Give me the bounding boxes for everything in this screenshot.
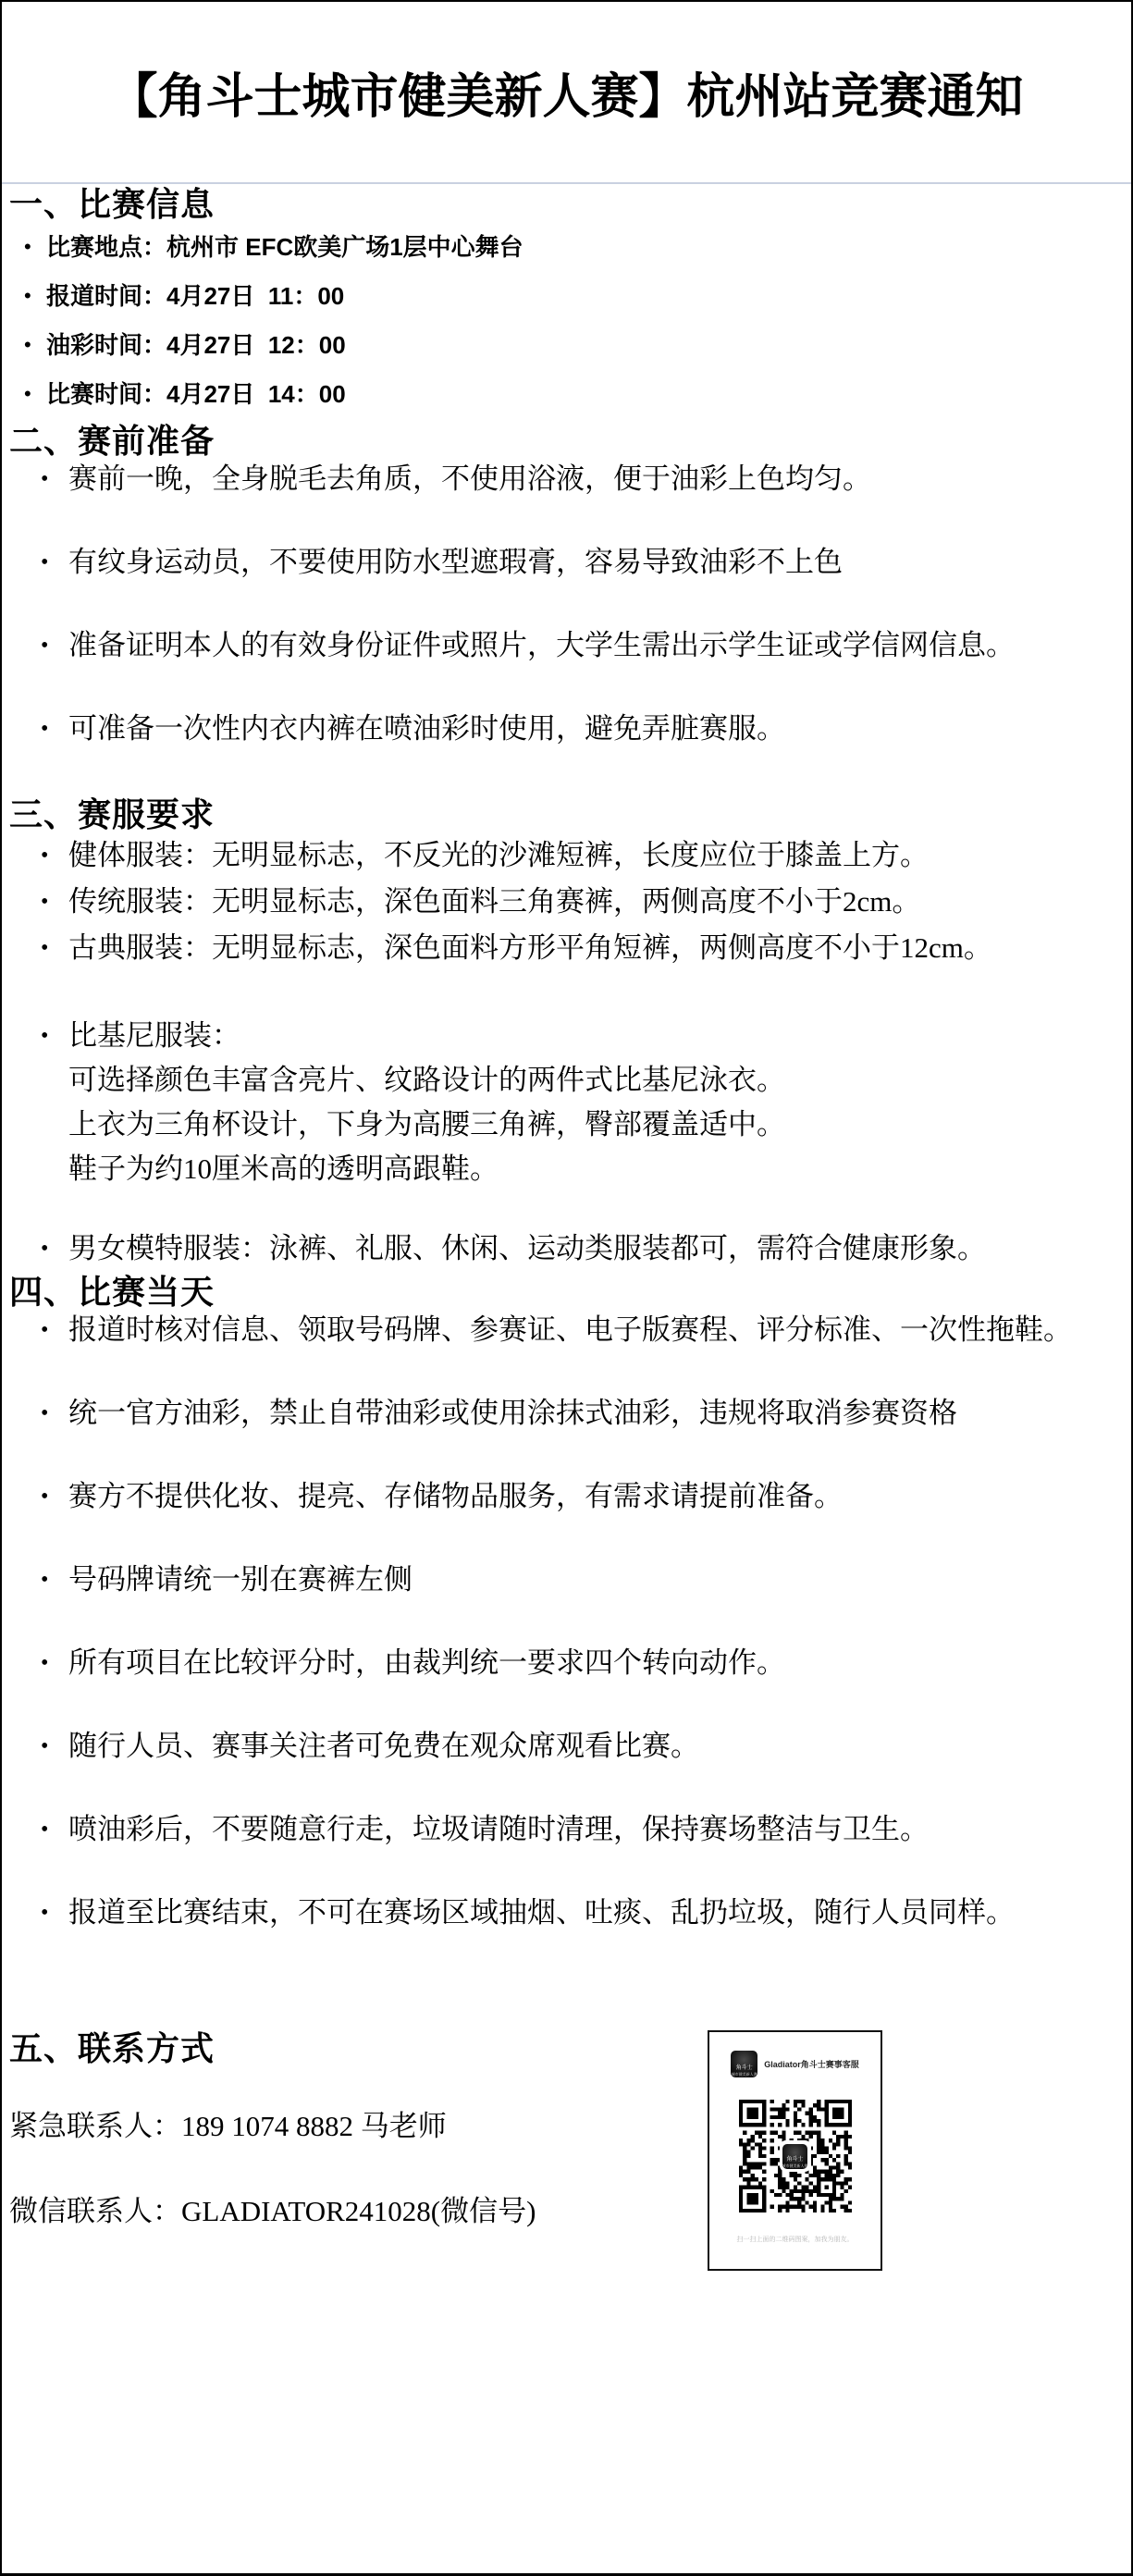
notice-item-text: 所有项目在比较评分时，由裁判统一要求四个转向动作。 — [68, 1646, 785, 1679]
bullet-dot: • — [41, 545, 48, 580]
notice-item: • 赛前一晚，全身脱毛去角质，不使用浴液，便于油彩上色均匀。 — [9, 462, 1118, 502]
bullet-dot: • — [41, 1562, 48, 1597]
section-info: 一、比赛信息 • 比赛地点：杭州市 EFC欧美广场1层中心舞台 • 报道时间：4… — [9, 184, 1118, 421]
notice-item-text: 赛方不提供化妆、提亮、存储物品服务，有需求请提前准备。 — [68, 1480, 843, 1512]
section-attire: 三、赛服要求 • 健体服装：无明显标志，不反光的沙滩短裤，长度应位于膝盖上方。 … — [9, 795, 1118, 1272]
wechat-contact-line: 微信联系人：GLADIATOR241028(微信号) — [9, 2193, 1118, 2230]
notice-item: • 赛方不提供化妆、提亮、存储物品服务，有需求请提前准备。 — [9, 1479, 1118, 1520]
notice-item: • 报道至比赛结束，不可在赛场区域抽烟、吐痰、乱扔垃圾，随行人员同样。 — [9, 1895, 1118, 1936]
section-prep-heading: 二、赛前准备 — [9, 421, 1118, 462]
notice-item: • 报道时间：4月27日 11：00 — [9, 274, 1118, 323]
bullet-dot: • — [41, 1479, 48, 1514]
bullet-dot: • — [41, 1231, 48, 1266]
emergency-contact-line: 紧急联系人：189 1074 8882 马老师 — [9, 2108, 1118, 2145]
qr-account-name: Gladiator角斗士赛事客服 — [764, 2058, 859, 2070]
notice-item: • 有纹身运动员，不要使用防水型遮瑕膏，容易导致油彩不上色 — [9, 545, 1118, 585]
notice-item-text: 号码牌请统一别在赛裤左侧 — [68, 1563, 413, 1596]
bullet-dot: • — [41, 835, 48, 876]
bullet-dot: • — [41, 928, 48, 968]
notice-item-text: 比基尼服装： — [68, 1019, 240, 1052]
avatar-label: 角斗士 — [786, 2157, 803, 2163]
bullet-dot: • — [41, 711, 48, 746]
bullet-dot: • — [41, 1812, 48, 1847]
gameday-list: • 报道时核对信息、领取号码牌、参赛证、电子版赛程、评分标准、一次性拖鞋。 • … — [9, 1313, 1118, 1936]
notice-item: • 健体服装：无明显标志，不反光的沙滩短裤，长度应位于膝盖上方。 — [9, 835, 1118, 881]
qr-caption: 扫一扫上面的二维码图案，加我为朋友。 — [737, 2235, 854, 2244]
model-attire-item: • 男女模特服装：泳裤、礼服、休闲、运动类服装都可，需符合健康形象。 — [9, 1231, 1118, 1272]
bikini-attire-block: • 比基尼服装： 可选择颜色丰富含亮片、纹路设计的两件式比基尼泳衣。 上衣为三角… — [9, 1017, 1118, 1194]
section-contact-heading: 五、联系方式 — [9, 2028, 1118, 2069]
bullet-dot: • — [41, 1017, 48, 1055]
bullet-dot: • — [24, 274, 31, 318]
info-list: • 比赛地点：杭州市 EFC欧美广场1层中心舞台 • 报道时间：4月27日 11… — [9, 225, 1118, 421]
wechat-qr-card: 角斗士 城市健美新人赛 Gladiator角斗士赛事客服 角斗士 城市健美新人赛… — [708, 2030, 882, 2271]
avatar-sublabel: 城市健美新人赛 — [732, 2072, 757, 2077]
attire-list: • 健体服装：无明显标志，不反光的沙滩短裤，长度应位于膝盖上方。 • 传统服装：… — [9, 835, 1118, 974]
avatar-label: 角斗士 — [736, 2065, 753, 2072]
section-gameday: 四、比赛当天 • 报道时核对信息、领取号码牌、参赛证、电子版赛程、评分标准、一次… — [9, 1272, 1118, 1936]
section-contact: 五、联系方式 紧急联系人：189 1074 8882 马老师 微信联系人：GLA… — [9, 2028, 1118, 2230]
bullet-dot: • — [41, 1729, 48, 1764]
bullet-dot: • — [41, 628, 48, 663]
bullet-dot: • — [41, 1396, 48, 1431]
title-box: 【角斗士城市健美新人赛】杭州站竞赛通知 — [2, 2, 1131, 184]
notice-item-text: 油彩时间：4月27日 12：00 — [46, 331, 346, 359]
notice-item-text: 赛前一晚，全身脱毛去角质，不使用浴液，便于油彩上色均匀。 — [68, 462, 871, 495]
prep-list: • 赛前一晚，全身脱毛去角质，不使用浴液，便于油彩上色均匀。 • 有纹身运动员，… — [9, 462, 1118, 752]
bullet-dot: • — [24, 225, 31, 269]
notice-item-text: 报道至比赛结束，不可在赛场区域抽烟、吐痰、乱扔垃圾，随行人员同样。 — [68, 1896, 1015, 1929]
notice-item: 可选择颜色丰富含亮片、纹路设计的两件式比基尼泳衣。 — [9, 1061, 1118, 1105]
notice-item-text: 喷油彩后，不要随意行走，垃圾请随时清理，保持赛场整洁与卫生。 — [68, 1813, 929, 1845]
notice-item-text: 健体服装：无明显标志，不反光的沙滩短裤，长度应位于膝盖上方。 — [68, 839, 929, 871]
section-attire-heading: 三、赛服要求 — [9, 795, 1118, 835]
notice-item: • 喷油彩后，不要随意行走，垃圾请随时清理，保持赛场整洁与卫生。 — [9, 1812, 1118, 1853]
bullet-dot: • — [41, 1645, 48, 1681]
qr-center-logo: 角斗士 城市健美新人赛 — [780, 2140, 811, 2172]
notice-item: • 号码牌请统一别在赛裤左侧 — [9, 1562, 1118, 1603]
bikini-lead-item: • 比基尼服装： — [9, 1017, 1118, 1061]
bikini-detail-lines: 可选择颜色丰富含亮片、纹路设计的两件式比基尼泳衣。 上衣为三角杯设计，下身为高腰… — [9, 1061, 1118, 1194]
notice-item-text: 古典服装：无明显标志，深色面料方形平角短裤，两侧高度不小于12cm。 — [68, 931, 992, 964]
notice-body: 一、比赛信息 • 比赛地点：杭州市 EFC欧美广场1层中心舞台 • 报道时间：4… — [2, 184, 1131, 2230]
bullet-dot: • — [41, 1313, 48, 1348]
notice-item: • 古典服装：无明显标志，深色面料方形平角短裤，两侧高度不小于12cm。 — [9, 928, 1118, 974]
section-info-heading: 一、比赛信息 — [9, 184, 1118, 225]
notice-item: • 报道时核对信息、领取号码牌、参赛证、电子版赛程、评分标准、一次性拖鞋。 — [9, 1313, 1118, 1353]
gladiator-avatar: 角斗士 城市健美新人赛 — [731, 2051, 757, 2077]
notice-item-text: 传统服装：无明显标志，深色面料三角赛裤，两侧高度不小于2cm。 — [68, 885, 920, 918]
notice-item-text: 可选择颜色丰富含亮片、纹路设计的两件式比基尼泳衣。 — [68, 1064, 785, 1096]
notice-item: • 准备证明本人的有效身份证件或照片，大学生需出示学生证或学信网信息。 — [9, 628, 1118, 669]
notice-page: 【角斗士城市健美新人赛】杭州站竞赛通知 一、比赛信息 • 比赛地点：杭州市 EF… — [0, 0, 1133, 2576]
page-title: 【角斗士城市健美新人赛】杭州站竞赛通知 — [109, 57, 1023, 127]
notice-item-text: 比赛时间：4月27日 14：00 — [46, 380, 346, 408]
avatar-sublabel: 城市健美新人赛 — [782, 2163, 807, 2168]
notice-item: • 比赛地点：杭州市 EFC欧美广场1层中心舞台 — [9, 225, 1118, 274]
section-prep: 二、赛前准备 • 赛前一晚，全身脱毛去角质，不使用浴液，便于油彩上色均匀。 • … — [9, 421, 1118, 752]
bullet-dot: • — [24, 323, 31, 367]
notice-item: • 比赛时间：4月27日 14：00 — [9, 372, 1118, 421]
bullet-dot: • — [41, 881, 48, 922]
notice-item-text: 统一官方油彩，禁止自带油彩或使用涂抹式油彩，违规将取消参赛资格 — [68, 1397, 957, 1429]
qr-code-image: 角斗士 城市健美新人赛 — [739, 2100, 852, 2212]
notice-item: • 传统服装：无明显标志，深色面料三角赛裤，两侧高度不小于2cm。 — [9, 881, 1118, 928]
notice-item: • 所有项目在比较评分时，由裁判统一要求四个转向动作。 — [9, 1645, 1118, 1686]
section-gameday-heading: 四、比赛当天 — [9, 1272, 1118, 1313]
notice-item: • 油彩时间：4月27日 12：00 — [9, 323, 1118, 372]
notice-item-text: 上衣为三角杯设计，下身为高腰三角裤，臀部覆盖适中。 — [68, 1108, 785, 1140]
notice-item-text: 男女模特服装：泳裤、礼服、休闲、运动类服装都可，需符合健康形象。 — [68, 1232, 986, 1264]
bullet-dot: • — [41, 462, 48, 497]
qr-card-header: 角斗士 城市健美新人赛 Gladiator角斗士赛事客服 — [709, 2051, 881, 2077]
notice-item: 鞋子为约10厘米高的透明高跟鞋。 — [9, 1150, 1118, 1194]
notice-item-text: 准备证明本人的有效身份证件或照片，大学生需出示学生证或学信网信息。 — [68, 629, 1015, 661]
notice-item-text: 可准备一次性内衣内裤在喷油彩时使用，避免弄脏赛服。 — [68, 712, 785, 745]
bullet-dot: • — [41, 1895, 48, 1930]
bullet-dot: • — [24, 372, 31, 416]
notice-item-text: 有纹身运动员，不要使用防水型遮瑕膏，容易导致油彩不上色 — [68, 546, 843, 578]
notice-item-text: 报道时间：4月27日 11：00 — [46, 282, 344, 310]
notice-item: • 可准备一次性内衣内裤在喷油彩时使用，避免弄脏赛服。 — [9, 711, 1118, 752]
notice-item-text: 随行人员、赛事关注者可免费在观众席观看比赛。 — [68, 1730, 699, 1762]
notice-item: • 统一官方油彩，禁止自带油彩或使用涂抹式油彩，违规将取消参赛资格 — [9, 1396, 1118, 1436]
notice-item: • 随行人员、赛事关注者可免费在观众席观看比赛。 — [9, 1729, 1118, 1769]
notice-item: 上衣为三角杯设计，下身为高腰三角裤，臀部覆盖适中。 — [9, 1105, 1118, 1150]
notice-item-text: 比赛地点：杭州市 EFC欧美广场1层中心舞台 — [46, 233, 523, 261]
notice-item-text: 报道时核对信息、领取号码牌、参赛证、电子版赛程、评分标准、一次性拖鞋。 — [68, 1313, 1072, 1346]
qr-center-logo-avatar: 角斗士 城市健美新人赛 — [782, 2144, 807, 2169]
notice-item-text: 鞋子为约10厘米高的透明高跟鞋。 — [68, 1152, 499, 1185]
